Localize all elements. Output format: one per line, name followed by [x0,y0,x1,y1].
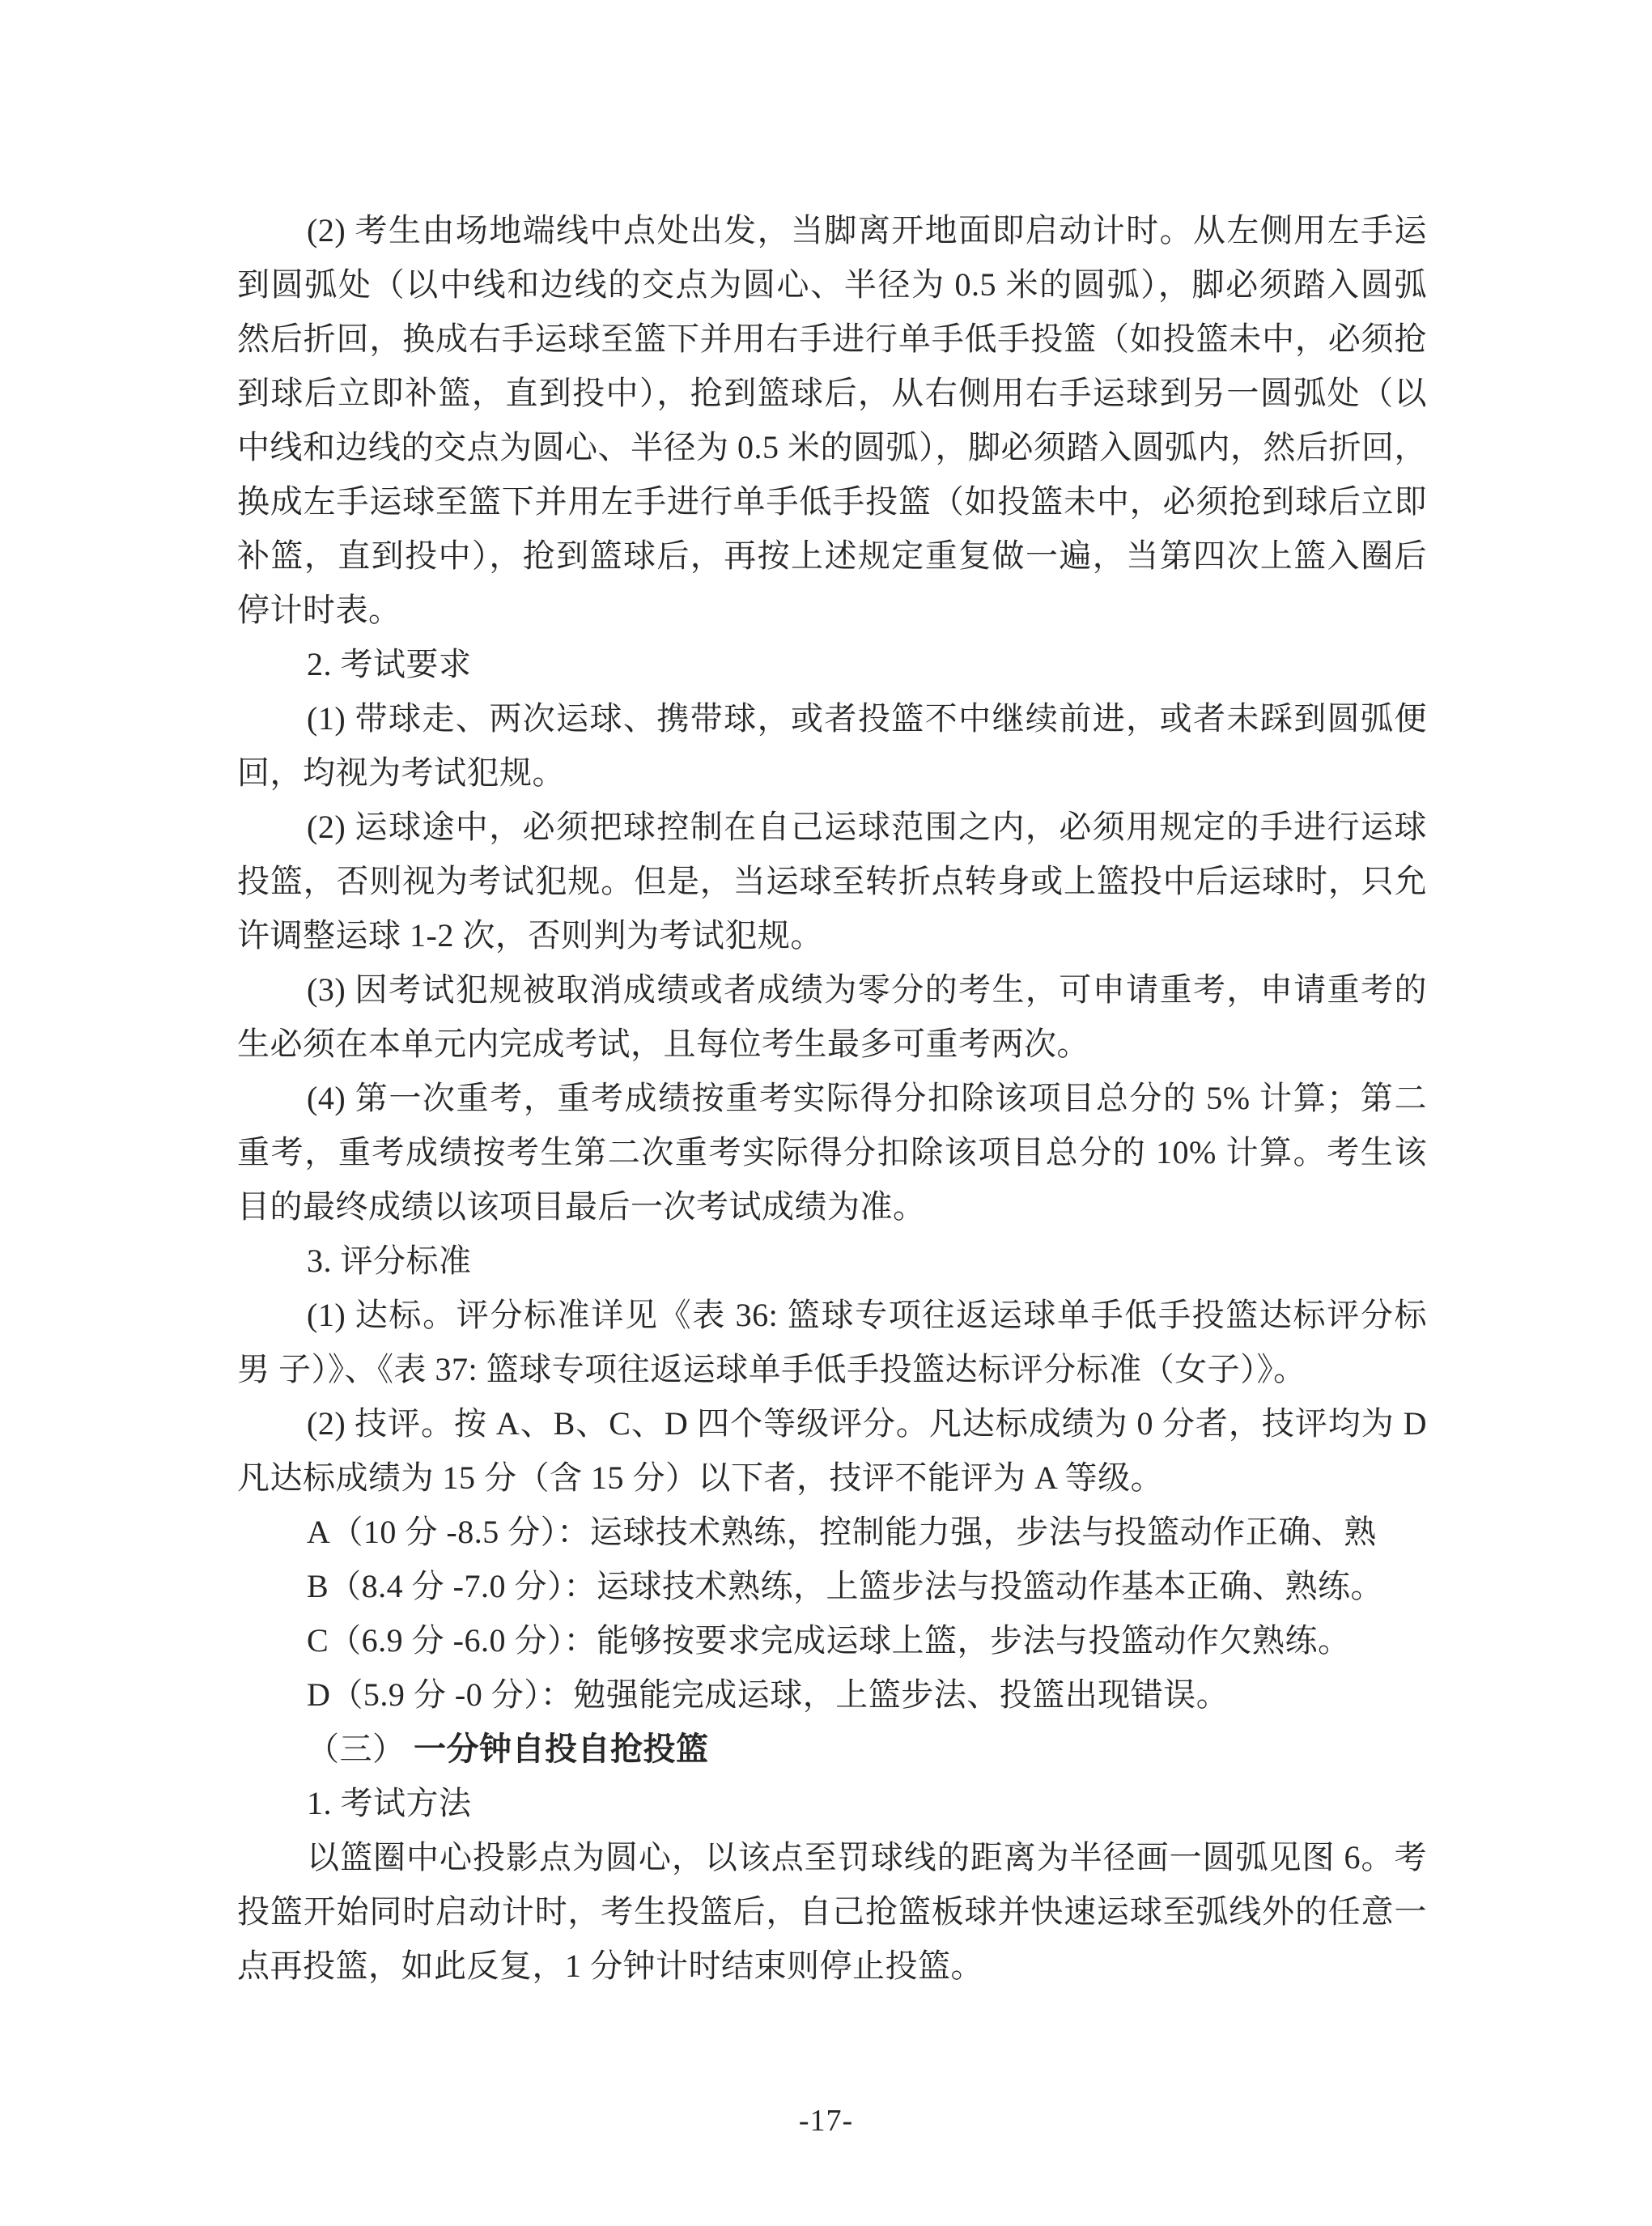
document-body: (2) 考生由场地端线中点处出发，当脚离开地面即启动计时。从左侧用左手运球 到圆… [237,203,1427,1993]
text-line: 换成左手运球至篮下并用左手进行单手低手投篮（如投篮未中，必须抢到球后立即 [237,474,1427,529]
text-line: 男 子）》、《表 37: 篮球专项往返运球单手低手投篮达标评分标准（女子）》。 [237,1342,1427,1396]
text-line: 凡达标成绩为 15 分（含 15 分）以下者，技评不能评为 A 等级。 [237,1451,1427,1505]
text-line: (2) 考生由场地端线中点处出发，当脚离开地面即启动计时。从左侧用左手运球 [237,203,1427,257]
section-heading-title: 一分钟自投自抢投篮 [414,1731,709,1767]
text-line: (1) 带球走、两次运球、携带球，或者投篮不中继续前进，或者未踩到圆弧便折 [237,691,1427,746]
text-line: (1) 达标。评分标准详见《表 36: 篮球专项往返运球单手低手投篮达标评分标准… [237,1288,1427,1342]
text-line: 中线和边线的交点为圆心、半径为 0.5 米的圆弧），脚必须踏入圆弧内，然后折回， [237,420,1427,474]
text-line: 生必须在本单元内完成考试，且每位考生最多可重考两次。 [237,1017,1427,1071]
text-line: 许调整运球 1-2 次，否则判为考试犯规。 [237,908,1427,962]
section-heading-number: （三） [307,1731,414,1767]
text-line: 回，均视为考试犯规。 [237,746,1427,800]
section-heading-one-minute-shooting: （三） 一分钟自投自抢投篮 [237,1722,1427,1776]
text-line: (2) 运球途中，必须把球控制在自己运球范围之内，必须用规定的手进行运球和 [237,800,1427,854]
page-number: -17- [0,2103,1652,2139]
text-line: (2) 技评。按 A、B、C、D 四个等级评分。凡达标成绩为 0 分者，技评均为… [237,1396,1427,1451]
text-line: 投篮，否则视为考试犯规。但是，当运球至转折点转身或上篮投中后运球时，只允 [237,854,1427,908]
grade-a-criteria-line: A（10 分 -8.5 分）：运球技术熟练，控制能力强，步法与投篮动作正确、熟练… [237,1505,1427,1559]
text-line: (3) 因考试犯规被取消成绩或者成绩为零分的考生，可申请重考，申请重考的考 [237,962,1427,1017]
grade-c-criteria-line: C（6.9 分 -6.0 分）：能够按要求完成运球上篮，步法与投篮动作欠熟练。 [237,1613,1427,1667]
text-line: 点再投篮，如此反复，1 分钟计时结束则停止投篮。 [237,1939,1427,1993]
text-line: (4) 第一次重考，重考成绩按重考实际得分扣除该项目总分的 5% 计算；第二次 [237,1071,1427,1125]
text-line: 到球后立即补篮，直到投中），抢到篮球后，从右侧用右手运球到另一圆弧处（以 [237,366,1427,420]
subsection-heading-exam-method: 1. 考试方法 [237,1776,1427,1830]
text-line: 到圆弧处（以中线和边线的交点为圆心、半径为 0.5 米的圆弧），脚必须踏入圆弧内… [237,257,1427,312]
grade-b-criteria-line: B（8.4 分 -7.0 分）：运球技术熟练，上篮步法与投篮动作基本正确、熟练。 [237,1559,1427,1613]
text-line: 然后折回，换成右手运球至篮下并用右手进行单手低手投篮（如投篮未中，必须抢 [237,312,1427,366]
text-line: 停计时表。 [237,583,1427,637]
text-line: 补篮，直到投中），抢到篮球后，再按上述规定重复做一遍，当第四次上篮入圈后 [237,529,1427,583]
document-page: (2) 考生由场地端线中点处出发，当脚离开地面即启动计时。从左侧用左手运球 到圆… [0,0,1652,2226]
text-line: 目的最终成绩以该项目最后一次考试成绩为准。 [237,1179,1427,1234]
subsection-heading-exam-requirements: 2. 考试要求 [237,637,1427,691]
grade-d-criteria-line: D（5.9 分 -0 分）：勉强能完成运球，上篮步法、投篮出现错误。 [237,1667,1427,1722]
text-line: 投篮开始同时启动计时，考生投篮后，自己抢篮板球并快速运球至弧线外的任意一 [237,1884,1427,1939]
subsection-heading-scoring-standard: 3. 评分标准 [237,1234,1427,1288]
text-line: 重考，重考成绩按考生第二次重考实际得分扣除该项目总分的 10% 计算。考生该项 [237,1125,1427,1179]
text-line: 以篮圈中心投影点为圆心，以该点至罚球线的距离为半径画一圆弧见图 6。考生 [237,1830,1427,1884]
